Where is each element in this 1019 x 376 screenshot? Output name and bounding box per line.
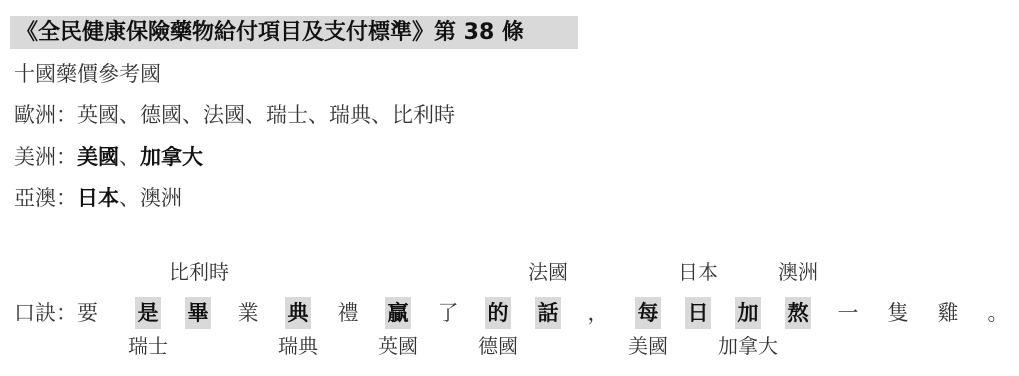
separator: 、 (245, 103, 266, 127)
country-annotation: 比利時 (169, 260, 229, 284)
region-label: 美洲： (14, 145, 77, 169)
country-name: 瑞士 (266, 103, 308, 127)
separator: 、 (119, 186, 140, 210)
country-name: 加拿大 (140, 145, 203, 169)
mnemonic-char: 隻 (885, 297, 911, 329)
mnemonic-char: 禮 (335, 297, 361, 329)
country-name: 德國 (140, 103, 182, 127)
separator: 、 (119, 145, 140, 169)
mnemonic-key-char: 日 (685, 297, 711, 329)
region-label: 亞澳： (14, 186, 77, 210)
country-annotation: 加拿大 (718, 334, 778, 358)
country-name: 美國 (77, 145, 119, 169)
mnemonic-key-char: 是 (135, 297, 161, 329)
mnemonic-key-char: 話 (535, 297, 561, 329)
region-europe: 歐洲：英國、德國、法國、瑞士、瑞典、比利時 (14, 102, 455, 128)
region-label: 歐洲： (14, 103, 77, 127)
reference-countries-heading: 十國藥價參考國 (14, 61, 161, 87)
country-name: 瑞典 (329, 103, 371, 127)
mnemonic-char: 。 (985, 297, 1011, 329)
country-name: 日本 (77, 186, 119, 210)
country-annotation: 德國 (478, 334, 518, 358)
separator: 、 (119, 103, 140, 127)
country-name: 比利時 (392, 103, 455, 127)
country-name: 法國 (203, 103, 245, 127)
separator: 、 (308, 103, 329, 127)
country-annotation: 瑞士 (128, 334, 168, 358)
mnemonic-char: 業 (235, 297, 261, 329)
mnemonic-key-char: 加 (735, 297, 761, 329)
mnemonic-key-char: 典 (285, 297, 311, 329)
mnemonic-key-char: 熬 (785, 297, 811, 329)
separator: 、 (371, 103, 392, 127)
country-annotation: 美國 (628, 334, 668, 358)
mnemonic-key-char: 每 (635, 297, 661, 329)
mnemonic-prefix: 口訣：要 (14, 297, 98, 329)
mnemonic-char: ， (585, 297, 611, 329)
country-annotation: 法國 (528, 260, 568, 284)
country-name: 英國 (77, 103, 119, 127)
country-annotation: 英國 (378, 334, 418, 358)
mnemonic-char: 雞 (935, 297, 961, 329)
mnemonic-char: 了 (435, 297, 461, 329)
mnemonic-key-char: 的 (485, 297, 511, 329)
country-annotation: 日本 (678, 260, 718, 284)
mnemonic-char: 一 (835, 297, 861, 329)
country-name: 澳洲 (140, 186, 182, 210)
region-asia-oceania: 亞澳：日本、澳洲 (14, 185, 182, 211)
separator: 、 (182, 103, 203, 127)
mnemonic-key-char: 贏 (385, 297, 411, 329)
region-americas: 美洲：美國、加拿大 (14, 144, 203, 170)
mnemonic-key-char: 畢 (185, 297, 211, 329)
article-title: 《全民健康保險藥物給付項目及支付標準》第 38 條 (10, 16, 578, 49)
country-annotation: 瑞典 (278, 334, 318, 358)
country-annotation: 澳洲 (778, 260, 818, 284)
